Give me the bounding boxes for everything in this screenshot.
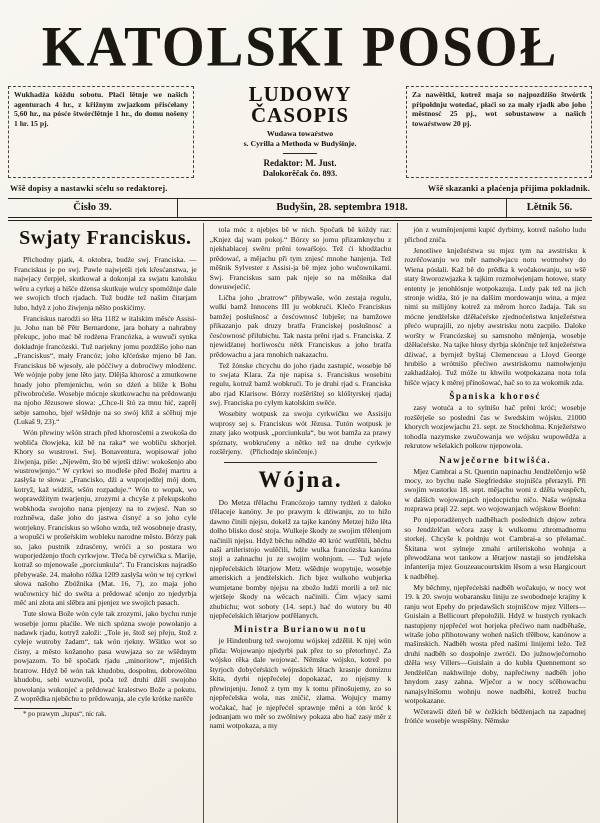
footnote-rule (14, 708, 72, 709)
masthead-subtitle: LUDOWY ČASOPIS (200, 84, 400, 126)
subheading-burian-note: Ministra Burianowu notu (210, 624, 392, 634)
paragraph: Wón přewiny wšón strach před khorosćemi … (14, 428, 197, 607)
volume-number: Lětnik 56. (506, 199, 592, 217)
paragraph: Franciskus narodźi so lěta 1182 w italsk… (14, 314, 197, 427)
advert-info-box: Za nawěštki, kotrež maja so najpozdźišo … (406, 86, 592, 179)
masthead-title: KATOLSKI POSOŁ (8, 17, 592, 77)
paragraph: Jenotliwe knježeŕstwa su mjez tym na aws… (404, 246, 586, 388)
paragraph: je Hindenburg tež swojomu wójskej zdźěli… (210, 636, 392, 730)
paragraph: zasy wotuća a to sylnišo hač prěni króć;… (404, 403, 586, 450)
paragraph: tola móc z njebjes bě w nich. Spočatk bě… (210, 225, 392, 291)
article-title-franciskus: Swjaty Franciskus. (14, 227, 197, 250)
paragraph: Wosebity wotpusk za swoju cyrkwičku we A… (210, 409, 392, 457)
header-divider (283, 153, 317, 154)
paragraph: Tež žónske chcychu do joho rjadu zastupi… (210, 361, 392, 408)
subheading-spanish-flu: Španiska khorosć (404, 391, 586, 401)
paragraph: jón z wuměnjenjemi kupić dyrbimy, kotrež… (404, 225, 586, 244)
dateline: Čisło 39. Budyšin, 28. septembra 1918. L… (8, 198, 592, 221)
editor-line: Redaktor: M. Just. (200, 157, 400, 170)
telephone-line: Dalokorěčak čo. 893. (200, 169, 400, 178)
paragraph: Mjez Cambrai a St. Quentin napinachu Jen… (404, 467, 586, 514)
paragraph: My běchmy, njepřećelski nadběh wočakujo,… (404, 583, 586, 706)
header-row: Wukhadźa kóždu sobotu. Płaći lětnje we n… (8, 86, 592, 179)
editor-note: Wšě dopisy a nastawki sćelu so redaktore… (10, 184, 168, 193)
publisher-line-1: Wudawa towaŕstwo (200, 129, 400, 140)
publisher-line-2: s. Cyrilla a Methoda w Budyšinje. (200, 139, 400, 150)
paragraph: Po njeporadźenych nadběhach poslednich d… (404, 515, 586, 581)
column-middle: tola móc z njebjes bě w nich. Spočatk bě… (203, 223, 398, 823)
paragraph: Ličba joho „bratrow“ přibywaše, wón zest… (210, 293, 392, 359)
column-right: jón z wuměnjenjemi kupić dyrbimy, kotrež… (397, 223, 592, 823)
article-title-wojna: Wójna. (210, 467, 392, 493)
paragraph: Wčerawši dźeń bě w ćežkich bědźenjach na… (404, 707, 586, 726)
column-left: Swjaty Franciskus. Přichodny pjatk, 4. o… (8, 223, 203, 823)
paragraph: Do Metza třělachu Francózojo tamny tydźe… (210, 498, 392, 621)
header-center: LUDOWY ČASOPIS Wudawa towaŕstwo s. Cyril… (194, 86, 406, 179)
article-columns: Swjaty Franciskus. Přichodny pjatk, 4. o… (8, 223, 592, 823)
continuation-note: (Přichodnje skónčenje.) (242, 448, 316, 456)
newspaper-page: KATOLSKI POSOŁ Wukhadźa kóždu sobotu. Pł… (0, 0, 600, 823)
publication-date: Budyšin, 28. septembra 1918. (178, 199, 506, 217)
paragraph: Přichodny pjatk, 4. oktobra, budźe swj. … (14, 255, 197, 312)
subscription-info-box: Wukhadźa kóždu sobotu. Płaći lětnje we n… (8, 86, 194, 179)
section-rule (224, 462, 378, 463)
paragraph: Tute słowa Bože wón cyle tak zrozymi, ja… (14, 609, 197, 703)
issue-number: Čisło 39. (8, 199, 178, 217)
treasurer-note: Wšě skazanki a płaćenja přijima pokładni… (428, 184, 590, 193)
subheading-western-battlefields: Nawječorne bitwišća. (404, 455, 586, 465)
footnote: * po prawym „lupus“, nic rak. (14, 711, 197, 718)
header-notes-row: Wšě dopisy a nastawki sćelu so redaktore… (8, 184, 592, 193)
